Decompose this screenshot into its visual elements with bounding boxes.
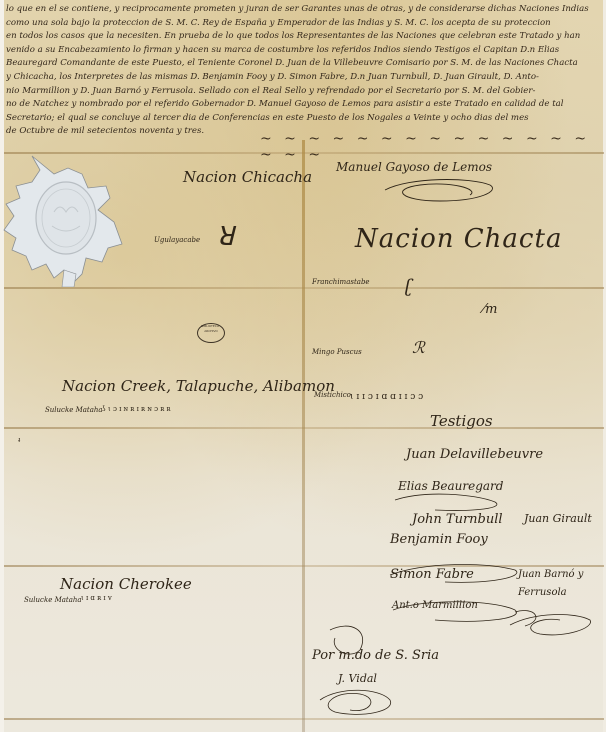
- nation-chicacha-heading: Nacion Chicacha: [183, 168, 312, 186]
- signature-flourish: [505, 610, 595, 640]
- secretary-flourish: [310, 620, 400, 720]
- text-line: no de Natchez y nombrado por el referido…: [6, 98, 602, 112]
- chicacha-signer-name: Ugulayacabe: [154, 236, 200, 244]
- chacta-mark-4: ɩ ɪ ɪ ɔ ɪ ɑ ɑ ɪ ɪ ɔ ɔ: [350, 392, 423, 402]
- signature-flourish: [380, 175, 500, 205]
- text-line: y Chicacha, los Interpretes de las misma…: [6, 71, 602, 85]
- chacta-mark-3: ℛ: [412, 338, 425, 357]
- chicacha-mark: ꓤ: [216, 222, 234, 252]
- chacta-signer-3: Mistichico: [314, 391, 351, 399]
- text-line: lo que en el se contiene, y reciprocamen…: [6, 3, 602, 17]
- text-line: como una sola bajo la proteccion de S. M…: [6, 17, 602, 31]
- witnesses-label: Testigos: [430, 412, 493, 430]
- witness-signature: Juan Delavillebeuvre: [406, 447, 543, 462]
- creek-mark: ʖ ɩ ɔ ɪ ɴ ʀ ɪ ʀ ɴ ɔ ʀ ʀ: [102, 405, 171, 413]
- creek-signer-name: Sulucke Mataha: [45, 406, 103, 414]
- chacta-mark-1: ʗ: [405, 276, 413, 297]
- margin-mark: ᵼ: [18, 436, 21, 444]
- text-line: en todos los casos que la necesiten. En …: [6, 30, 602, 44]
- chacta-signer-1: Franchimastabe: [312, 278, 370, 286]
- chacta-mark-2: ⁄m: [483, 302, 498, 317]
- text-line: Beauregard Comandante de este Puesto, el…: [6, 57, 602, 71]
- nation-chacta-heading: Nacion Chacta: [355, 224, 562, 254]
- chacta-signer-2: Mingo Puscus: [312, 348, 362, 356]
- line-end-flourish: ~ ~ ~ ~ ~ ~ ~ ~ ~ ~ ~ ~ ~ ~ ~ ~ ~: [260, 131, 606, 163]
- library-stamp: BIBLIOTECA · ARCHIVO: [197, 323, 225, 343]
- text-line: nio Marmillion y D. Juan Barnó y Ferruso…: [6, 85, 602, 99]
- nation-cherokee-heading: Nacion Cherokee: [60, 575, 192, 593]
- text-line: Secretario; el qual se concluye al terce…: [6, 112, 602, 126]
- text-line: venido a su Encabezamiento lo firman y h…: [6, 44, 602, 58]
- cherokee-signer-name: Sulucke Mataha: [24, 596, 82, 604]
- cherokee-mark: ɩ ɪ ɑ ʀ ɪ ᴠ: [81, 594, 112, 602]
- treaty-body-text: lo que en el se contiene, y reciprocamen…: [6, 3, 602, 139]
- stamp-text: BIBLIOTECA · ARCHIVO: [201, 324, 221, 333]
- governor-signature: Manuel Gayoso de Lemos: [336, 160, 492, 174]
- wax-seal-icon: [2, 152, 150, 287]
- vertical-fold-line: [302, 140, 305, 732]
- nation-creek-heading: Nacion Creek, Talapuche, Alibamon: [62, 377, 335, 395]
- page-left-edge: [0, 0, 4, 732]
